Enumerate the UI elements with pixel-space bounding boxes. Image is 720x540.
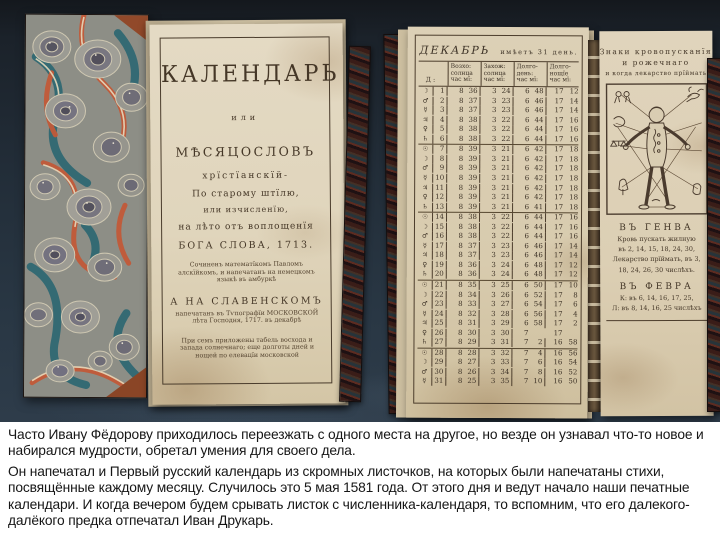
- table-cell: 42: [531, 145, 546, 154]
- table-cell: 21: [498, 164, 513, 173]
- table-cell: 6: [513, 213, 531, 222]
- calendar-table-row: ♀128393216421718: [418, 192, 578, 202]
- weekday-symbol: ♀: [418, 261, 433, 270]
- table-cell: 8: [446, 338, 464, 347]
- january-line: 18, 24, 26, 30 числѣхъ.: [600, 265, 713, 274]
- table-frame: ДЕКАБРЬ имѣетъ 31 день. Д : Возхо:солнца…: [413, 35, 583, 405]
- table-cell: 36: [465, 270, 480, 279]
- table-cell: 48: [532, 87, 547, 96]
- divider: [606, 320, 707, 321]
- table-cell: 3: [481, 87, 499, 96]
- calendar-table-row: ♂30826334781652: [417, 367, 577, 377]
- table-cell: 44: [531, 116, 546, 125]
- table-cell: 4: [433, 115, 447, 124]
- table-cell: 6: [513, 203, 531, 212]
- table-cell: 17: [546, 300, 565, 309]
- table-cell: 8: [446, 358, 464, 367]
- table-cell: 6: [513, 174, 531, 183]
- table-cell: 32: [465, 309, 480, 318]
- table-cell: 25: [498, 281, 513, 290]
- table-cell: 46: [531, 242, 546, 251]
- table-cell: 17: [546, 213, 565, 222]
- february-heading: ВЪ ФЕВРА: [600, 282, 713, 292]
- title-line: или изчисленїю,: [162, 204, 330, 214]
- table-cell: 33: [497, 358, 512, 367]
- table-cell: 3: [480, 251, 498, 260]
- table-cell: 4: [530, 349, 545, 358]
- table-cell: 52: [531, 291, 546, 300]
- table-cell: 8: [447, 242, 465, 251]
- table-cell: 44: [531, 223, 546, 232]
- table-cell: 54: [564, 359, 579, 368]
- weekday-symbol: ♂: [418, 164, 433, 173]
- month-header: ДЕКАБРЬ имѣетъ 31 день.: [419, 39, 579, 59]
- table-cell: 17: [545, 329, 564, 338]
- table-cell: 14: [433, 213, 447, 222]
- table-cell: 14: [565, 106, 580, 115]
- table-cell: 46: [531, 106, 546, 115]
- table-cell: 23: [498, 251, 513, 260]
- table-cell: 36: [465, 261, 480, 270]
- weekday-symbol: ☽: [418, 222, 433, 231]
- month-title-suffix: имѣетъ 31 день.: [500, 48, 578, 56]
- table-cell: 10: [565, 281, 580, 290]
- table-cell: 3: [480, 281, 498, 290]
- table-cell: 41: [531, 203, 546, 212]
- table-cell: 20: [433, 270, 447, 279]
- table-cell: 6: [513, 242, 531, 251]
- table-cell: 6: [513, 135, 531, 144]
- table-cell: 3: [480, 261, 498, 270]
- calendar-table-row: ♃48383226441716: [418, 115, 578, 125]
- table-cell: 3: [480, 174, 498, 183]
- table-cell: 3: [480, 193, 498, 202]
- table-cell: 6: [513, 281, 531, 290]
- table-cell: 6: [513, 193, 531, 202]
- right-board-edge: [707, 58, 720, 412]
- table-cell: 3: [480, 290, 498, 299]
- table-cell: 37: [466, 96, 481, 105]
- table-cell: 23: [498, 242, 513, 251]
- table-cell: 22: [433, 290, 447, 299]
- table-cell: 4: [565, 310, 580, 319]
- zodiac-man-woodcut: [605, 83, 707, 215]
- table-cell: 2: [530, 338, 545, 347]
- table-cell: 8: [447, 164, 465, 173]
- table-cell: 21: [498, 155, 513, 164]
- table-cell: 12: [565, 261, 580, 270]
- table-cell: 8: [447, 281, 465, 290]
- table-cell: 17: [547, 97, 566, 106]
- zodiac-heading: Знаки кровопусканїя: [599, 47, 712, 56]
- weekday-symbol: ☽: [419, 87, 434, 96]
- table-cell: 33: [465, 300, 480, 309]
- table-cell: 8: [446, 349, 464, 358]
- table-cell: 3: [480, 310, 498, 319]
- calendar-table-row: ☿38373236461714: [418, 106, 578, 116]
- table-cell: 54: [531, 300, 546, 309]
- table-cell: 39: [465, 193, 480, 202]
- table-cell: 9: [433, 164, 447, 173]
- calendar-table-body: ☽18363246481712♂28373236461714☿383732364…: [417, 86, 578, 387]
- table-cell: 36: [466, 87, 481, 96]
- table-cell: 17: [433, 242, 447, 251]
- table-cell: 35: [497, 377, 512, 386]
- table-cell: 17: [546, 125, 565, 134]
- table-cell: 17: [546, 106, 565, 115]
- table-cell: 37: [465, 242, 480, 251]
- weekday-symbol: ☽: [417, 358, 432, 367]
- table-cell: 6: [513, 155, 531, 164]
- table-cell: 44: [531, 125, 546, 134]
- table-cell: 6: [514, 97, 532, 106]
- caption-paragraph-1: Часто Ивану Фёдорову приходилось переезж…: [8, 427, 708, 460]
- table-cell: 6: [513, 164, 531, 173]
- table-cell: 31: [497, 338, 512, 347]
- table-cell: 39: [465, 202, 480, 211]
- weekday-symbol: ☿: [418, 241, 433, 250]
- zodiac-heading: и рожечнаго: [599, 58, 712, 67]
- column-header: Захож:солнцачас мї:: [481, 62, 514, 86]
- table-cell: 7: [512, 368, 530, 377]
- table-cell: 15: [433, 222, 447, 231]
- february-line: Л: въ 8, 14, 16, 25 числѣхъ: [600, 304, 713, 313]
- table-cell: 3: [480, 183, 498, 192]
- weekday-symbol: ♂: [419, 96, 434, 105]
- january-line: въ 2, 14, 15, 18, 24, 30,: [600, 245, 713, 254]
- weekday-symbol: ♃: [418, 183, 433, 192]
- table-cell: 5: [433, 125, 447, 134]
- table-cell: 38: [465, 213, 480, 222]
- table-cell: 8: [447, 290, 465, 299]
- calendar-table-row: ♃25831329658172: [418, 319, 578, 329]
- table-cell: 8: [447, 261, 465, 270]
- weekday-symbol: ☉: [418, 213, 433, 222]
- table-cell: 58: [531, 319, 546, 328]
- table-cell: 17: [546, 319, 565, 328]
- table-cell: 17: [547, 87, 566, 96]
- table-cell: 28: [498, 310, 513, 319]
- calendar-table-row: ♀26830330717: [417, 328, 577, 338]
- table-cell: 8: [447, 125, 465, 134]
- column-header: Долго-нощїечас мї:: [547, 62, 581, 86]
- table-cell: 31: [465, 319, 480, 328]
- table-cell: 3: [480, 300, 498, 309]
- february-line: К: въ 6, 14, 16, 17, 25,: [600, 294, 713, 303]
- table-cell: 3: [481, 97, 499, 106]
- table-cell: 44: [531, 135, 546, 144]
- table-cell: 35: [465, 281, 480, 290]
- table-cell: 52: [564, 368, 579, 377]
- table-cell: 18: [565, 165, 580, 174]
- weekday-symbol: ☿: [418, 174, 433, 183]
- table-cell: 56: [531, 310, 546, 319]
- table-cell: 25: [433, 319, 447, 328]
- marbled-cover-board: [23, 14, 149, 399]
- weekday-symbol: ♂: [418, 232, 433, 241]
- table-cell: 23: [498, 106, 513, 115]
- table-cell: 17: [546, 116, 565, 125]
- table-cell: 17: [546, 310, 565, 319]
- weekday-symbol: ♂: [418, 300, 433, 309]
- calendar-table-row: ☿318253357101650: [417, 377, 577, 387]
- table-cell: 16: [433, 232, 447, 241]
- january-heading: ВЪ ГЕНВА: [600, 223, 713, 233]
- weekday-symbol: ☽: [418, 290, 433, 299]
- weekday-symbol: ♃: [418, 319, 433, 328]
- table-cell: 16: [565, 135, 580, 144]
- calendar-table-row: ♀198363246481712: [418, 260, 578, 270]
- table-cell: 6: [513, 106, 531, 115]
- table-cell: 6: [433, 135, 447, 144]
- table-cell: 30: [464, 329, 479, 338]
- presentation-slide: КАЛЕНДАРЬ или МѢСЯЦОСЛОВЪ хрїстїанскїй- …: [0, 0, 720, 540]
- table-cell: 8: [433, 155, 447, 164]
- calendar-table-row: ♂168383226441716: [418, 232, 578, 242]
- title-line: хрїстїанскїй-: [162, 170, 330, 181]
- table-cell: 3: [480, 116, 498, 125]
- title-paragraph: напечатанъ въ Тѵпографїи МОСКОВСКОЙ лѣта…: [173, 309, 321, 325]
- calendar-table-row: ☿108393216421718: [418, 173, 578, 183]
- weekday-symbol: ♃: [418, 115, 433, 124]
- weekday-symbol: ♄: [418, 202, 433, 211]
- table-cell: 38: [465, 125, 480, 134]
- table-cell: 8: [447, 202, 465, 211]
- calendar-table: Д : Возхо:солнцачас мї: Захож:солнцачас …: [417, 61, 578, 387]
- table-cell: 3: [480, 106, 498, 115]
- table-cell: 16: [545, 359, 564, 368]
- table-cell: 6: [530, 359, 545, 368]
- calendar-table-row: ☽18363246481712: [419, 86, 579, 96]
- table-cell: 8: [447, 115, 465, 124]
- table-cell: 8: [446, 377, 464, 386]
- month-title: ДЕКАБРЬ: [420, 44, 491, 57]
- table-cell: 22: [498, 135, 513, 144]
- caption-paragraph-2: Он напечатал и Первый русский календарь …: [8, 464, 708, 530]
- book-title: КАЛЕНДАРЬ: [161, 61, 329, 89]
- weekday-symbol: ♀: [418, 193, 433, 202]
- table-cell: 8: [447, 155, 465, 164]
- table-cell: 50: [564, 378, 579, 387]
- weekday-symbol: ☉: [417, 348, 432, 357]
- table-cell: 8: [447, 232, 465, 241]
- table-cell: 27: [432, 338, 446, 347]
- weekday-symbol: ☿: [417, 377, 432, 386]
- table-cell: 38: [465, 223, 480, 232]
- weekday-symbol: ♄: [417, 338, 432, 347]
- weekday-symbol: ♀: [418, 125, 433, 134]
- table-cell: 17: [546, 193, 565, 202]
- table-cell: 6: [514, 87, 532, 96]
- table-cell: 44: [531, 213, 546, 222]
- table-cell: 8: [447, 319, 465, 328]
- table-cell: 3: [480, 232, 498, 241]
- table-cell: 3: [480, 145, 498, 154]
- table-cell: 16: [545, 368, 564, 377]
- table-cell: 3: [479, 377, 497, 386]
- column-header: Возхо:солнцачас мї:: [448, 62, 481, 86]
- table-cell: 11: [433, 183, 447, 192]
- table-cell: 21: [498, 193, 513, 202]
- calendar-table-row: ♂98393216421718: [418, 164, 578, 174]
- weekday-symbol: ♃: [418, 251, 433, 260]
- table-cell: 42: [531, 165, 546, 174]
- table-cell: 8: [446, 328, 464, 337]
- table-cell: 37: [465, 251, 480, 260]
- table-cell: 14: [565, 252, 580, 261]
- table-cell: 18: [433, 251, 447, 260]
- table-cell: 2: [565, 319, 580, 328]
- table-cell: 26: [498, 291, 513, 300]
- table-cell: 3: [479, 329, 497, 338]
- table-cell: 6: [513, 261, 531, 270]
- table-cell: 3: [480, 164, 498, 173]
- table-cell: 18: [565, 155, 580, 164]
- table-cell: 6: [513, 300, 531, 309]
- table-cell: 42: [531, 184, 546, 193]
- table-cell: 30: [497, 329, 512, 338]
- table-cell: 27: [464, 358, 479, 367]
- table-cell: 26: [464, 368, 479, 377]
- title-line: БОГА СЛОВА, 1713.: [162, 239, 330, 251]
- table-cell: 17: [546, 174, 565, 183]
- table-cell: 17: [546, 232, 565, 241]
- table-cell: 12: [566, 87, 581, 96]
- table-cell: 6: [513, 251, 531, 260]
- table-cell: 24: [498, 261, 513, 270]
- table-cell: 8: [448, 96, 466, 105]
- table-cell: 8: [447, 135, 465, 144]
- table-cell: 3: [480, 155, 498, 164]
- day-column-header: Д :: [419, 75, 448, 85]
- table-cell: 22: [498, 125, 513, 134]
- table-cell: 16: [565, 233, 580, 242]
- table-cell: 6: [513, 184, 531, 193]
- title-heading: А НА СЛАВЕНСКОМЪ: [163, 295, 331, 307]
- table-cell: 39: [465, 183, 480, 192]
- table-cell: 28: [432, 349, 446, 358]
- zodiac-subheading: и когда лекарство прїймать: [599, 70, 712, 77]
- calendar-table-row: ☉218353256501710: [418, 280, 578, 290]
- table-cell: 34: [497, 368, 512, 377]
- table-cell: 24: [498, 270, 513, 279]
- zodiac-page: Знаки кровопусканїя и рожечнаго и когда …: [599, 31, 713, 416]
- calendar-table-row: ♄27829331721658: [417, 338, 577, 349]
- december-table-page: ДЕКАБРЬ имѣетъ 31 день. Д : Возхо:солнца…: [406, 27, 589, 419]
- table-cell: 3: [480, 270, 498, 279]
- table-cell: 14: [566, 97, 581, 106]
- table-cell: 16: [565, 126, 580, 135]
- table-cell: 39: [465, 174, 480, 183]
- table-cell: 17: [546, 252, 565, 261]
- table-cell: 24: [433, 309, 447, 318]
- table-cell: 48: [531, 261, 546, 270]
- marbled-pattern-image: [24, 15, 148, 398]
- table-cell: 21: [433, 281, 447, 290]
- table-cell: 18: [565, 174, 580, 183]
- table-cell: 8: [530, 368, 545, 377]
- table-cell: 16: [565, 223, 580, 232]
- table-cell: 50: [531, 281, 546, 290]
- table-cell: 42: [531, 193, 546, 202]
- table-cell: 21: [498, 184, 513, 193]
- table-cell: 46: [531, 251, 546, 260]
- table-cell: 38: [465, 116, 480, 125]
- table-cell: 1: [434, 87, 448, 96]
- table-cell: 10: [530, 378, 545, 387]
- table-cell: 28: [464, 349, 479, 358]
- calendar-table-row: ♄68383226441716: [418, 134, 578, 145]
- table-cell: 8: [447, 309, 465, 318]
- table-cell: 16: [545, 338, 564, 347]
- calendar-table-row: ♂28373236461714: [419, 96, 579, 106]
- table-cell: 3: [480, 125, 498, 134]
- table-cell: 17: [546, 165, 565, 174]
- table-cell: 17: [546, 155, 565, 164]
- calendar-table-row: ♃188373236461714: [418, 251, 578, 261]
- table-cell: 3: [480, 213, 498, 222]
- table-cell: 8: [447, 106, 465, 115]
- calendar-table-row: ♄138393216411718: [418, 202, 578, 213]
- table-cell: 16: [565, 116, 580, 125]
- table-cell: 22: [498, 213, 513, 222]
- table-cell: 42: [531, 174, 546, 183]
- table-cell: 3: [480, 135, 498, 144]
- table-cell: 3: [480, 319, 498, 328]
- table-cell: 23: [499, 97, 514, 106]
- weekday-symbol: ☉: [418, 281, 433, 290]
- table-cell: 38: [465, 232, 480, 241]
- table-cell: 17: [546, 261, 565, 270]
- table-cell: 2: [434, 96, 448, 105]
- weekday-symbol: ♂: [417, 368, 432, 377]
- table-cell: 18: [565, 203, 580, 212]
- table-cell: 16: [545, 378, 564, 387]
- weekday-symbol: ♀: [417, 328, 432, 337]
- table-cell: 39: [465, 164, 480, 173]
- table-cell: 27: [498, 300, 513, 309]
- table-cell: 21: [498, 203, 513, 212]
- table-cell: 18: [565, 193, 580, 202]
- january-line: Лекарство прїймать, въ 3,: [600, 255, 713, 264]
- table-cell: 18: [565, 146, 580, 155]
- title-line: По старому штїлю,: [162, 188, 330, 199]
- calendar-table-row: ♂23833327654176: [418, 299, 578, 309]
- table-cell: 8: [447, 222, 465, 231]
- table-cell: 7: [512, 338, 530, 347]
- table-cell: 19: [433, 261, 447, 270]
- table-cell: 3: [479, 338, 497, 347]
- weekday-symbol: ☽: [418, 155, 433, 164]
- table-cell: 6: [565, 300, 580, 309]
- table-cell: 48: [531, 271, 546, 280]
- table-cell: 6: [513, 291, 531, 300]
- calendar-table-row: ☽88393216421718: [418, 154, 578, 164]
- table-cell: 21: [498, 145, 513, 154]
- title-line: на лѣто отъ воплощенїя: [162, 221, 330, 232]
- table-cell: 8: [447, 270, 465, 279]
- table-cell: 3: [479, 358, 497, 367]
- calendar-table-row: ☉28828332741656: [417, 348, 577, 358]
- table-cell: 32: [497, 349, 512, 358]
- table-cell: 8: [447, 174, 465, 183]
- table-cell: 42: [531, 155, 546, 164]
- calendar-table-row: ☽158383226441716: [418, 222, 578, 232]
- weekday-symbol: ☉: [418, 145, 433, 154]
- table-cell: 17: [546, 146, 565, 155]
- table-cell: 17: [546, 242, 565, 251]
- table-cell: 58: [564, 339, 579, 348]
